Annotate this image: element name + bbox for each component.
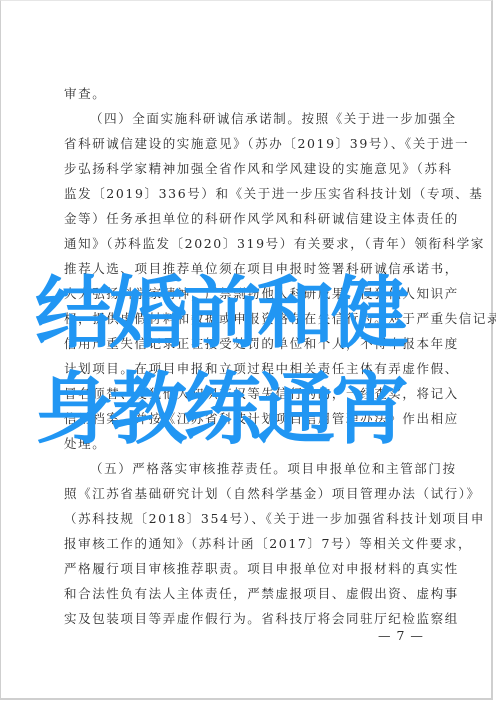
text-line: 照《江苏省基础研究计划（自然科学基金）项目管理办法（试行）》 bbox=[64, 481, 481, 506]
text-line: 审查。 bbox=[64, 81, 106, 106]
text-line: 报审核工作的通知》（苏科计函〔2017〕7号）等相关文件要求， bbox=[64, 531, 472, 556]
text-line: 通知》（苏科监发〔2020〕319号）有关要求，（青年）领衔科学家 bbox=[64, 231, 485, 256]
text-line: 省科研诚信建设的实施意见》（苏办〔2019〕39号）、《关于进一 bbox=[64, 131, 469, 156]
text-line: 步弘扬科学家精神加强全省作风和学风建设的实施意见》（苏科 bbox=[64, 156, 453, 181]
document-page: 审查。 （四）全面实施科研诚信承诺制。按照《关于进一步加强全 省科研诚信建设的实… bbox=[0, 0, 493, 700]
overlay-title-line-1: 结婚前和健 bbox=[35, 275, 475, 353]
text-line: （苏科技规〔2018〕354号）、《关于进一步加强省科技计划项目申 bbox=[64, 506, 485, 531]
text-line: 金等）任务承担单位的科研作风学风和科研诚信建设主体责任的 bbox=[64, 206, 459, 231]
text-line: 严格履行项目审核推荐职责。项目申报单位对申报材料的真实性 bbox=[64, 556, 459, 581]
text-line: （四）全面实施科研诚信承诺制。按照《关于进一步加强全 bbox=[90, 106, 457, 131]
text-line: 和合法性负有法人主体责任，严禁虚报项目、虚假出资、虚构事 bbox=[64, 581, 459, 606]
text-line: 监发〔2019〕336号）和《关于进一步压实省科技计划（专项、基 bbox=[64, 181, 483, 206]
overlay-title-line-2: 身教练通宵 bbox=[35, 371, 475, 449]
text-line: （五）严格落实审核推荐责任。项目申报单位和主管部门按 bbox=[90, 456, 457, 481]
page-number: — 7 — bbox=[378, 628, 424, 643]
